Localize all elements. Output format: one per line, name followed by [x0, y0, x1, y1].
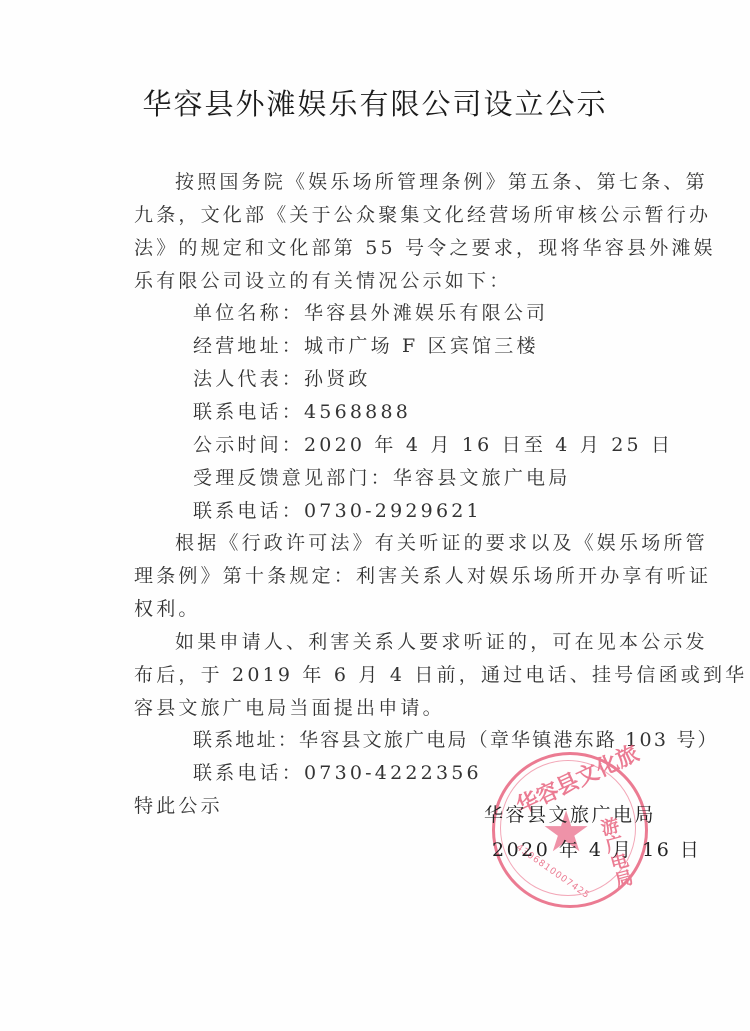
- detail-notice-period: 公示时间：2020 年 4 月 16 日至 4 月 25 日: [193, 430, 673, 457]
- contact-value: 华容县文旅广电局（章华镇港东路 103 号）: [299, 729, 719, 751]
- detail-feedback-dept: 受理反馈意见部门：华容县文旅广电局: [193, 463, 570, 490]
- detail-label: 受理反馈意见部门：: [193, 467, 393, 489]
- signature-date: 2020 年 4 月 16 日: [492, 835, 701, 862]
- detail-company-name: 单位名称：华容县外滩娱乐有限公司: [193, 298, 548, 325]
- detail-label: 联系电话：: [193, 401, 304, 423]
- hearing-line: 根据《行政许可法》有关听证的要求以及《娱乐场所管: [175, 528, 708, 555]
- detail-label: 法人代表：: [193, 368, 304, 390]
- intro-line: 乐有限公司设立的有关情况公示如下：: [134, 266, 511, 293]
- detail-label: 公示时间：: [193, 434, 304, 456]
- detail-value: 2020 年 4 月 16 日至 4 月 25 日: [304, 434, 673, 456]
- detail-address: 经营地址：城市广场 F 区宾馆三楼: [193, 331, 539, 358]
- document-title: 华容县外滩娱乐有限公司设立公示: [0, 82, 750, 123]
- contact-label: 联系地址：: [193, 729, 299, 751]
- closing-text: 特此公示: [134, 791, 223, 818]
- detail-value: 华容县外滩娱乐有限公司: [304, 302, 548, 324]
- intro-line: 九条，文化部《关于公众聚集文化经营场所审核公示暂行办: [134, 200, 711, 227]
- detail-value: 4568888: [304, 401, 411, 423]
- intro-line: 法》的规定和文化部第 55 号令之要求，现将华容县外滩娱: [134, 233, 716, 260]
- detail-phone: 联系电话：4568888: [193, 397, 411, 424]
- contact-address: 联系地址：华容县文旅广电局（章华镇港东路 103 号）: [193, 725, 719, 752]
- detail-value: 城市广场 F 区宾馆三楼: [304, 335, 539, 357]
- apply-line: 布后，于 2019 年 6 月 4 日前，通过电话、挂号信函或到华: [134, 660, 747, 687]
- contact-phone: 联系电话：0730-4222356: [193, 758, 482, 785]
- hearing-line: 权利。: [134, 594, 201, 621]
- contact-label: 联系电话：: [193, 762, 304, 784]
- apply-line: 如果申请人、利害关系人要求听证的，可在见本公示发: [175, 627, 708, 654]
- detail-value: 华容县文旅广电局: [393, 467, 571, 489]
- contact-value: 0730-4222356: [304, 762, 482, 784]
- signature-organization: 华容县文旅广电局: [484, 800, 656, 827]
- intro-line: 按照国务院《娱乐场所管理条例》第五条、第七条、第: [175, 167, 708, 194]
- detail-label: 单位名称：: [193, 302, 304, 324]
- detail-label: 经营地址：: [193, 335, 304, 357]
- detail-label: 联系电话：: [193, 500, 304, 522]
- hearing-line: 理条例》第十条规定：利害关系人对娱乐场所开办享有听证: [134, 561, 711, 588]
- detail-value: 孙贤政: [304, 368, 371, 390]
- detail-dept-phone: 联系电话：0730-2929621: [193, 496, 482, 523]
- apply-line: 容县文旅广电局当面提出申请。: [134, 693, 445, 720]
- official-seal: ★ 华容县文化旅 游广电局 4306810007425: [492, 752, 648, 908]
- detail-value: 0730-2929621: [304, 500, 482, 522]
- detail-legal-rep: 法人代表：孙贤政: [193, 364, 371, 391]
